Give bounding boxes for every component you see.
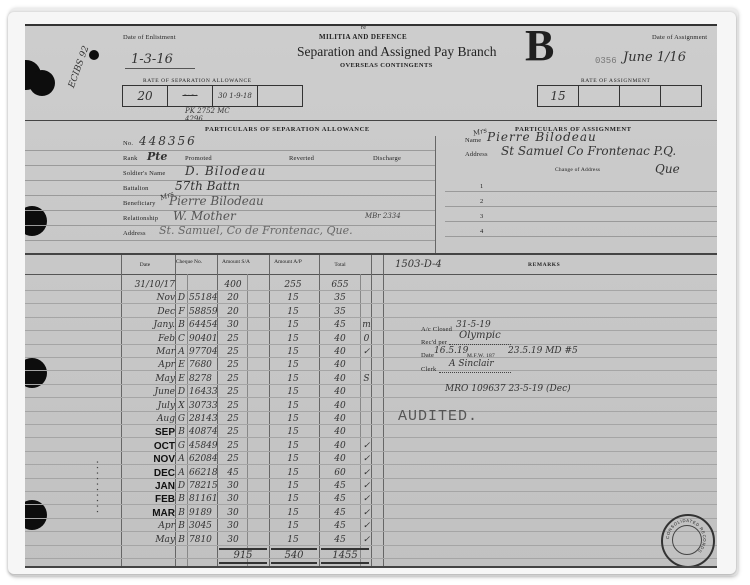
cell-sa: 20 [221,307,245,317]
enlistment-underline [125,68,195,69]
rate-assignment-label: RATE OF ASSIGNMENT [581,78,650,84]
cell-date: MAR [129,508,175,519]
ministry-heading: MILITIA AND DEFENCE [319,33,407,41]
assignee-name: Pierre Bilodeau [487,130,597,144]
cell-letter: D [177,387,186,397]
change-address-line-4: 4 [480,228,483,235]
cell-total: 45 [323,508,357,518]
section-divider [25,120,717,121]
cell-mark: ✓ [362,441,371,451]
cell-ap: 15 [273,441,313,451]
cell-date: 31/10/17 [129,280,175,290]
cell-letter: B [177,494,186,504]
cell-letter: G [177,414,186,424]
cell-sa: 25 [221,401,245,411]
beneficiary-label: Beneficiary [123,200,156,207]
consolidated-records-seal: CONSOLIDATED RECORDS [661,514,715,568]
cell-sa: 30 [221,320,245,330]
rank: Pte [147,150,167,163]
cell-sa: 25 [221,360,245,370]
rate-assignment-boxes: 15 [537,85,702,107]
cell-sa: 25 [221,454,245,464]
assignee-address-line2: Que [655,162,680,176]
assignee-name-label: Name [465,137,481,144]
table-row: AugG28143251540 [25,414,717,427]
cell-ap: 255 [273,280,313,290]
table-row: 31/10/17400255655 [25,280,717,293]
cell-ap: 15 [273,401,313,411]
assignee-address: St Samuel Co Frontenac P.Q. [501,144,676,158]
cell-letter: A [177,347,186,357]
cell-ap: 15 [273,535,313,545]
table-row: DecF58859201535 [25,307,717,320]
rate-separation-cell [258,86,302,106]
rule [445,236,717,237]
rate-separation-cell: ~~ [168,86,213,106]
rate-assignment-cell: 15 [538,86,579,106]
cell-cheque: 28143 [189,414,217,424]
table-row: MarA97704251540✓ [25,347,717,360]
cell-cheque: 81161 [189,494,217,504]
table-row: DECA66218451560✓ [25,468,717,481]
mfw-value: 23.5.19 MD #5 [508,346,578,356]
ledger-rule [25,558,717,559]
total-grand: 1455 [321,548,369,564]
cell-total: 655 [323,280,357,290]
ministry-annotation: re [361,25,366,31]
mro-note: MRO 109637 23-5-19 (Dec) [445,384,571,394]
cell-sa: 25 [221,387,245,397]
address: St. Samuel, Co de Frontenac, Que. [159,224,353,237]
cell-mark: ✓ [362,454,371,464]
assignment-stamp-number: 0356 [595,56,617,66]
soldier-name-label: Soldier's Name [123,170,165,177]
rule [25,240,435,241]
cell-letter: C [177,334,186,344]
cell-ap: 15 [273,427,313,437]
clerk-label: Clerk [421,366,436,373]
cell-letter: F [177,307,186,317]
seal-text-ring: CONSOLIDATED RECORDS [661,514,711,564]
cell-mark: ✓ [362,481,371,491]
col-amount-ap: Amount A/P [273,259,303,265]
relationship: W. Mother [173,209,236,223]
svg-text:CONSOLIDATED RECORDS: CONSOLIDATED RECORDS [665,518,707,554]
assignee-address-label: Address [465,151,488,158]
cell-mark: m [362,320,371,330]
cell-cheque: 62084 [189,454,217,464]
cell-sa: 30 [221,481,245,491]
table-row: FEBB81161301545✓ [25,494,717,507]
cell-cheque: 9189 [189,508,217,518]
change-address-line-1: 1 [480,183,483,190]
promoted-label: Promoted [185,155,212,162]
cell-date: Aug [129,414,175,424]
table-row: JulyX30733251540 [25,401,717,414]
cell-letter: X [177,401,186,411]
cell-mark: ✓ [362,521,371,531]
cell-date: Apr [129,360,175,370]
rate-separation-label: RATE OF SEPARATION ALLOWANCE [143,78,252,84]
cell-ap: 15 [273,508,313,518]
cell-sa: 20 [221,293,245,303]
cell-sa: 25 [221,374,245,384]
rule [445,221,717,222]
rank-label: Rank [123,155,138,162]
cell-date: Nov [129,293,175,303]
cell-ap: 15 [273,293,313,303]
cell-total: 40 [323,334,357,344]
total-sa: 915 [219,548,267,564]
cell-total: 40 [323,374,357,384]
ledger-reference: 1503-D-4 [395,259,442,270]
cell-mark: ✓ [362,508,371,518]
battalion: 57th Battn [175,179,240,193]
date-label: Date [421,352,434,359]
punch-hole [89,50,99,60]
cell-letter: B [177,521,186,531]
cell-ap: 15 [273,481,313,491]
discharge-label: Discharge [373,155,401,162]
cell-letter: B [177,427,186,437]
rate-separation-cell: 30 1-9-18 [213,86,258,106]
ac-closed: 31-5-19 [456,320,491,330]
cell-date: FEB [129,494,175,505]
cell-mark: ✓ [362,468,371,478]
cell-cheque: 64454 [189,320,217,330]
cell-letter: E [177,360,186,370]
cell-cheque: 30733 [189,401,217,411]
rule [25,150,435,151]
remarks-date: 16.5.19 [434,346,468,356]
cell-ap: 15 [273,307,313,317]
cell-sa: 25 [221,427,245,437]
cell-date: May [129,374,175,384]
cell-total: 45 [323,535,357,545]
pay-branch-record-card: ECIBS 92 Date of Enlistment 1-3-16 re MI… [25,24,717,568]
cell-sa: 400 [221,280,245,290]
cell-letter: A [177,468,186,478]
cell-ap: 15 [273,521,313,531]
cell-sa: 45 [221,468,245,478]
relationship-label: Relationship [123,215,158,222]
page-title: Separation and Assigned Pay Branch [297,44,496,60]
recd-per-label: Rec'd per [421,339,447,346]
date-of-assignment-label: Date of Assignment [652,34,707,41]
cell-letter: B [177,508,186,518]
cell-sa: 25 [221,414,245,424]
cell-total: 40 [323,414,357,424]
audited-stamp: AUDITED. [398,408,478,425]
cell-date: May [129,535,175,545]
cell-date: OCT [129,441,175,452]
table-row: FebC904012515400 [25,334,717,347]
table-row: NOVA62084251540✓ [25,454,717,467]
cell-date: Feb [129,334,175,344]
regimental-number: 448356 [139,134,197,148]
binder-hole [29,70,55,96]
cell-sa: 30 [221,508,245,518]
cell-cheque: 78215 [189,481,217,491]
separation-particulars-heading: PARTICULARS OF SEPARATION ALLOWANCE [205,126,370,133]
table-row: JAND78215301545✓ [25,481,717,494]
clerk: A Sinclair [449,359,494,369]
cell-letter: D [177,481,186,491]
cell-mark: S [362,374,371,384]
cell-ap: 15 [273,374,313,384]
page-subtitle: OVERSEAS CONTINGENTS [340,62,433,69]
cell-total: 45 [323,320,357,330]
date-of-enlistment: 1-3-16 [131,52,173,67]
branch-letter: B [525,24,554,68]
cell-date: JAN [129,481,175,492]
address-label: Address [123,230,146,237]
cell-total: 60 [323,468,357,478]
cell-letter: D [177,293,186,303]
battalion-label: Battalion [123,185,149,192]
cell-date: July [129,401,175,411]
ac-closed-label: A/c Closed [421,326,452,333]
cell-letter: B [177,320,186,330]
change-address-line-3: 3 [480,213,483,220]
change-of-address-label: Change of Address [555,167,600,173]
cell-total: 35 [323,307,357,317]
cell-date: Apr [129,521,175,531]
cell-sa: 25 [221,334,245,344]
cell-cheque: 7680 [189,360,217,370]
change-address-line-2: 2 [480,198,483,205]
cell-sa: 25 [221,347,245,357]
cell-date: NOV [129,454,175,465]
cell-total: 35 [323,293,357,303]
recd-per: Olympic [459,330,501,341]
col-cheque: Cheque No. [175,259,203,265]
total-ap: 540 [271,548,317,564]
rule [445,191,717,192]
cell-letter: G [177,441,186,451]
cell-date: Dec [129,307,175,317]
recd-per-dots [449,344,511,345]
table-row: MARB9189301545✓ [25,508,717,521]
table-row: MayB7810301545✓ [25,535,717,548]
cell-total: 45 [323,481,357,491]
cell-ap: 15 [273,387,313,397]
cell-cheque: 55184 [189,293,217,303]
table-row: AprB3045301545✓ [25,521,717,534]
cell-letter: E [177,374,186,384]
cell-cheque: 8278 [189,374,217,384]
cell-sa: 30 [221,494,245,504]
cell-letter: B [177,535,186,545]
cell-cheque: 7810 [189,535,217,545]
cell-letter: A [177,454,186,464]
table-row: OCTG45849251540✓ [25,441,717,454]
col-amount-sa: Amount S/A [221,259,251,265]
margin-note: ECIBS 92 [67,45,91,90]
cell-ap: 15 [273,334,313,344]
clerk-dots [439,372,511,373]
cell-cheque: 97704 [189,347,217,357]
rule [445,206,717,207]
cell-date: SEP [129,427,175,438]
cell-sa: 30 [221,535,245,545]
rate-separation-cell: 20 [123,86,168,106]
cell-cheque: 16433 [189,387,217,397]
cell-date: Mar [129,347,175,357]
cell-sa: 25 [221,441,245,451]
no-label: No. [123,140,133,147]
rate-separation-boxes: 20 ~~ 30 1-9-18 [122,85,303,107]
cell-date: June [129,387,175,397]
table-row: NovD55184201535 [25,293,717,306]
cell-mark: ✓ [362,494,371,504]
particulars-divider [435,136,436,254]
cell-date: DEC [129,468,175,479]
date-of-enlistment-label: Date of Enlistment [123,34,176,41]
col-date: Date [125,262,165,268]
cell-ap: 15 [273,494,313,504]
cell-total: 40 [323,454,357,464]
remarks-heading: REMARKS [528,262,560,268]
rate-assignment-cell [620,86,661,106]
cell-total: 40 [323,427,357,437]
cell-ap: 15 [273,347,313,357]
date-of-assignment: June 1/16 [623,50,686,65]
table-row: Jany.B64454301545m [25,320,717,333]
cell-ap: 15 [273,360,313,370]
table-row: SEPB40874251540 [25,427,717,440]
cell-cheque: 45849 [189,441,217,451]
cell-ap: 15 [273,320,313,330]
table-row: MayE8278251540S [25,374,717,387]
cell-cheque: 90401 [189,334,217,344]
cell-cheque: 40874 [189,427,217,437]
cell-cheque: 58859 [189,307,217,317]
cell-mark: ✓ [362,347,371,357]
cell-sa: 30 [221,521,245,531]
reverted-label: Reverted [289,155,314,162]
cell-total: 40 [323,347,357,357]
cell-mark: ✓ [362,535,371,545]
table-row: JuneD16433251540 [25,387,717,400]
cell-date: Jany. [129,320,175,330]
table-row: AprE7680251540 [25,360,717,373]
soldier-name: D. Bilodeau [185,164,266,178]
cell-total: 40 [323,360,357,370]
cell-total: 45 [323,494,357,504]
cell-mark: 0 [362,334,371,344]
cell-ap: 15 [273,414,313,424]
cell-ap: 15 [273,468,313,478]
beneficiary: Pierre Bilodeau [169,194,264,208]
relationship-note: MBr 2334 [365,212,401,220]
cell-cheque: 66218 [189,468,217,478]
cell-total: 45 [323,521,357,531]
cell-ap: 15 [273,454,313,464]
rate-assignment-cell [579,86,620,106]
col-total: Total [325,262,355,268]
vertical-stamp: ▪▪▪▪▪▪▪▪▪▪ [95,458,100,513]
cell-cheque: 3045 [189,521,217,531]
rate-assignment-cell [661,86,701,106]
cell-total: 40 [323,441,357,451]
assignee-prefix: Mrs [472,126,488,137]
cell-total: 40 [323,387,357,397]
cell-total: 40 [323,401,357,411]
